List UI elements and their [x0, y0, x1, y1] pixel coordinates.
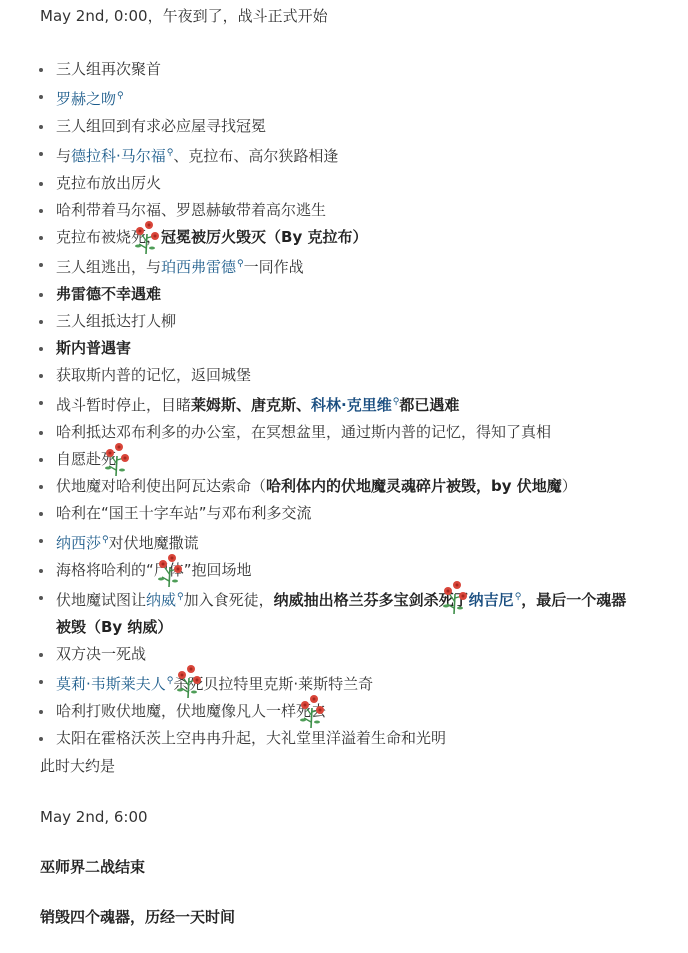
list-item: 克拉布放出厉火 — [0, 170, 688, 197]
list-item: 三人组逃出，与珀西弗雷德⚲一同作战 — [0, 251, 688, 281]
document-page: May 2nd, 0:00，午夜到了，战斗正式开始 三人组再次聚首罗赫之吻⚲三人… — [0, 0, 688, 953]
item-text: 获取斯内普的记忆，返回城堡 — [56, 366, 251, 384]
list-item: 莫莉·韦斯莱夫人⚲杀死贝拉特里克斯·莱斯特兰奇 — [0, 668, 688, 698]
entity-link[interactable]: 纳威 — [146, 591, 176, 609]
list-item: 获取斯内普的记忆，返回城堡 — [0, 362, 688, 389]
list-item: 自愿赴死 — [0, 446, 688, 473]
list-item: 三人组再次聚首 — [0, 56, 688, 83]
item-text: 三人组逃出，与 — [56, 258, 161, 276]
item-text: 哈利体内的伏地魔灵魂碎片被毁，by 伏地魔 — [266, 477, 562, 495]
entity-link[interactable]: 科林·克里维 — [311, 396, 392, 414]
item-text: 哈利带着马尔福、罗恩赫敏带着高尔逃生 — [56, 201, 326, 219]
item-text: 哈利抵达邓布利多的办公室，在冥想盆里，通过斯内普的记忆，得知了真相 — [56, 423, 551, 441]
list-item: 纳西莎⚲对伏地魔撒谎 — [0, 527, 688, 557]
item-text: 哈利打败伏地魔，伏地魔像凡人一样死 — [56, 702, 311, 720]
event-list: 三人组再次聚首罗赫之吻⚲三人组回到有求必应屋寻找冠冕与德拉科·马尔福⚲、克拉布、… — [0, 56, 688, 752]
search-icon[interactable]: ⚲ — [102, 535, 109, 545]
entity-link[interactable]: 罗赫之吻 — [56, 90, 116, 108]
item-text: 死贝拉特里克斯·莱斯特兰奇 — [188, 675, 373, 693]
item-text: 斯内普遇害 — [56, 339, 131, 357]
list-item: 哈利打败伏地魔，伏地魔像凡人一样死去 — [0, 698, 688, 725]
search-icon[interactable]: ⚲ — [237, 259, 244, 269]
list-item: 哈利在“国王十字车站”与邓布利多交流 — [0, 500, 688, 527]
item-text: 海格将哈利的“尸 — [56, 561, 169, 579]
item-text: 对伏地魔撒谎 — [109, 534, 199, 552]
entity-link[interactable]: 珀西弗雷德 — [161, 258, 236, 276]
item-text: 冠冕被厉火毁灭（By 克拉布） — [161, 228, 367, 246]
item-text: 纳威抽出格兰芬多宝剑杀死 — [274, 591, 454, 609]
list-item: 战斗暂时停止，目睹莱姆斯、唐克斯、科林·克里维⚲都已遇难 — [0, 389, 688, 419]
item-text: 伏地魔对哈利使出阿瓦达索命（ — [56, 477, 266, 495]
list-item: 罗赫之吻⚲ — [0, 83, 688, 113]
item-text: 弗雷德不幸遇难 — [56, 285, 161, 303]
footer-time: May 2nd, 6:00 — [40, 807, 148, 827]
summary-line: 销毁四个魂器，历经一天时间 — [40, 907, 235, 927]
list-item: 三人组抵达打人柳 — [0, 308, 688, 335]
item-text: 战斗暂时停止，目睹 — [56, 396, 191, 414]
entity-link[interactable]: 纳西莎 — [56, 534, 101, 552]
item-text: 都已遇难 — [399, 396, 459, 414]
item-text: 莱姆斯、唐克斯、 — [191, 396, 311, 414]
entity-link[interactable]: 德拉科·马尔福 — [71, 147, 166, 165]
list-item: 哈利带着马尔福、罗恩赫敏带着高尔逃生 — [0, 197, 688, 224]
item-text: 一同作战 — [244, 258, 304, 276]
item-text: 与 — [56, 147, 71, 165]
header-line: May 2nd, 0:00，午夜到了，战斗正式开始 — [40, 6, 328, 26]
search-icon[interactable]: ⚲ — [177, 592, 184, 602]
item-text: 克拉布放出厉火 — [56, 174, 161, 192]
item-text: 太阳在霍格沃茨上空冉冉升起，大礼堂里洋溢着生命和光明 — [56, 729, 446, 747]
item-text: ） — [562, 477, 577, 495]
item-text: 哈利在“国王十字车站”与邓布利多交流 — [56, 504, 312, 522]
list-item: 海格将哈利的“尸体”抱回场地 — [0, 557, 688, 584]
list-item: 弗雷德不幸遇难 — [0, 281, 688, 308]
entity-link[interactable]: 纳吉尼 — [469, 591, 514, 609]
war-end-line: 巫师界二战结束 — [40, 857, 145, 877]
footer-note: 此时大约是 — [40, 756, 115, 776]
item-text: 、克拉布、高尔狭路相逢 — [173, 147, 338, 165]
search-icon[interactable]: ⚲ — [117, 91, 124, 101]
list-item: 克拉布被烧死，冠冕被厉火毁灭（By 克拉布） — [0, 224, 688, 251]
list-item: 伏地魔试图让纳威⚲加入食死徒，纳威抽出格兰芬多宝剑杀死了纳吉尼⚲，最后一个魂器被… — [0, 584, 641, 641]
list-item: 伏地魔对哈利使出阿瓦达索命（哈利体内的伏地魔灵魂碎片被毁，by 伏地魔） — [0, 473, 688, 500]
item-text: 三人组回到有求必应屋寻找冠冕 — [56, 117, 266, 135]
item-text: 双方决一死战 — [56, 645, 146, 663]
entity-link[interactable]: 莫莉·韦斯莱夫人 — [56, 675, 166, 693]
item-text: 伏地魔试图让 — [56, 591, 146, 609]
item-text: 三人组抵达打人柳 — [56, 312, 176, 330]
list-item: 双方决一死战 — [0, 641, 688, 668]
list-item: 太阳在霍格沃茨上空冉冉升起，大礼堂里洋溢着生命和光明 — [0, 725, 688, 752]
list-item: 三人组回到有求必应屋寻找冠冕 — [0, 113, 688, 140]
item-text: 加入食死徒， — [184, 591, 274, 609]
list-item: 斯内普遇害 — [0, 335, 688, 362]
item-text: 三人组再次聚首 — [56, 60, 161, 78]
list-item: 与德拉科·马尔福⚲、克拉布、高尔狭路相逢 — [0, 140, 688, 170]
